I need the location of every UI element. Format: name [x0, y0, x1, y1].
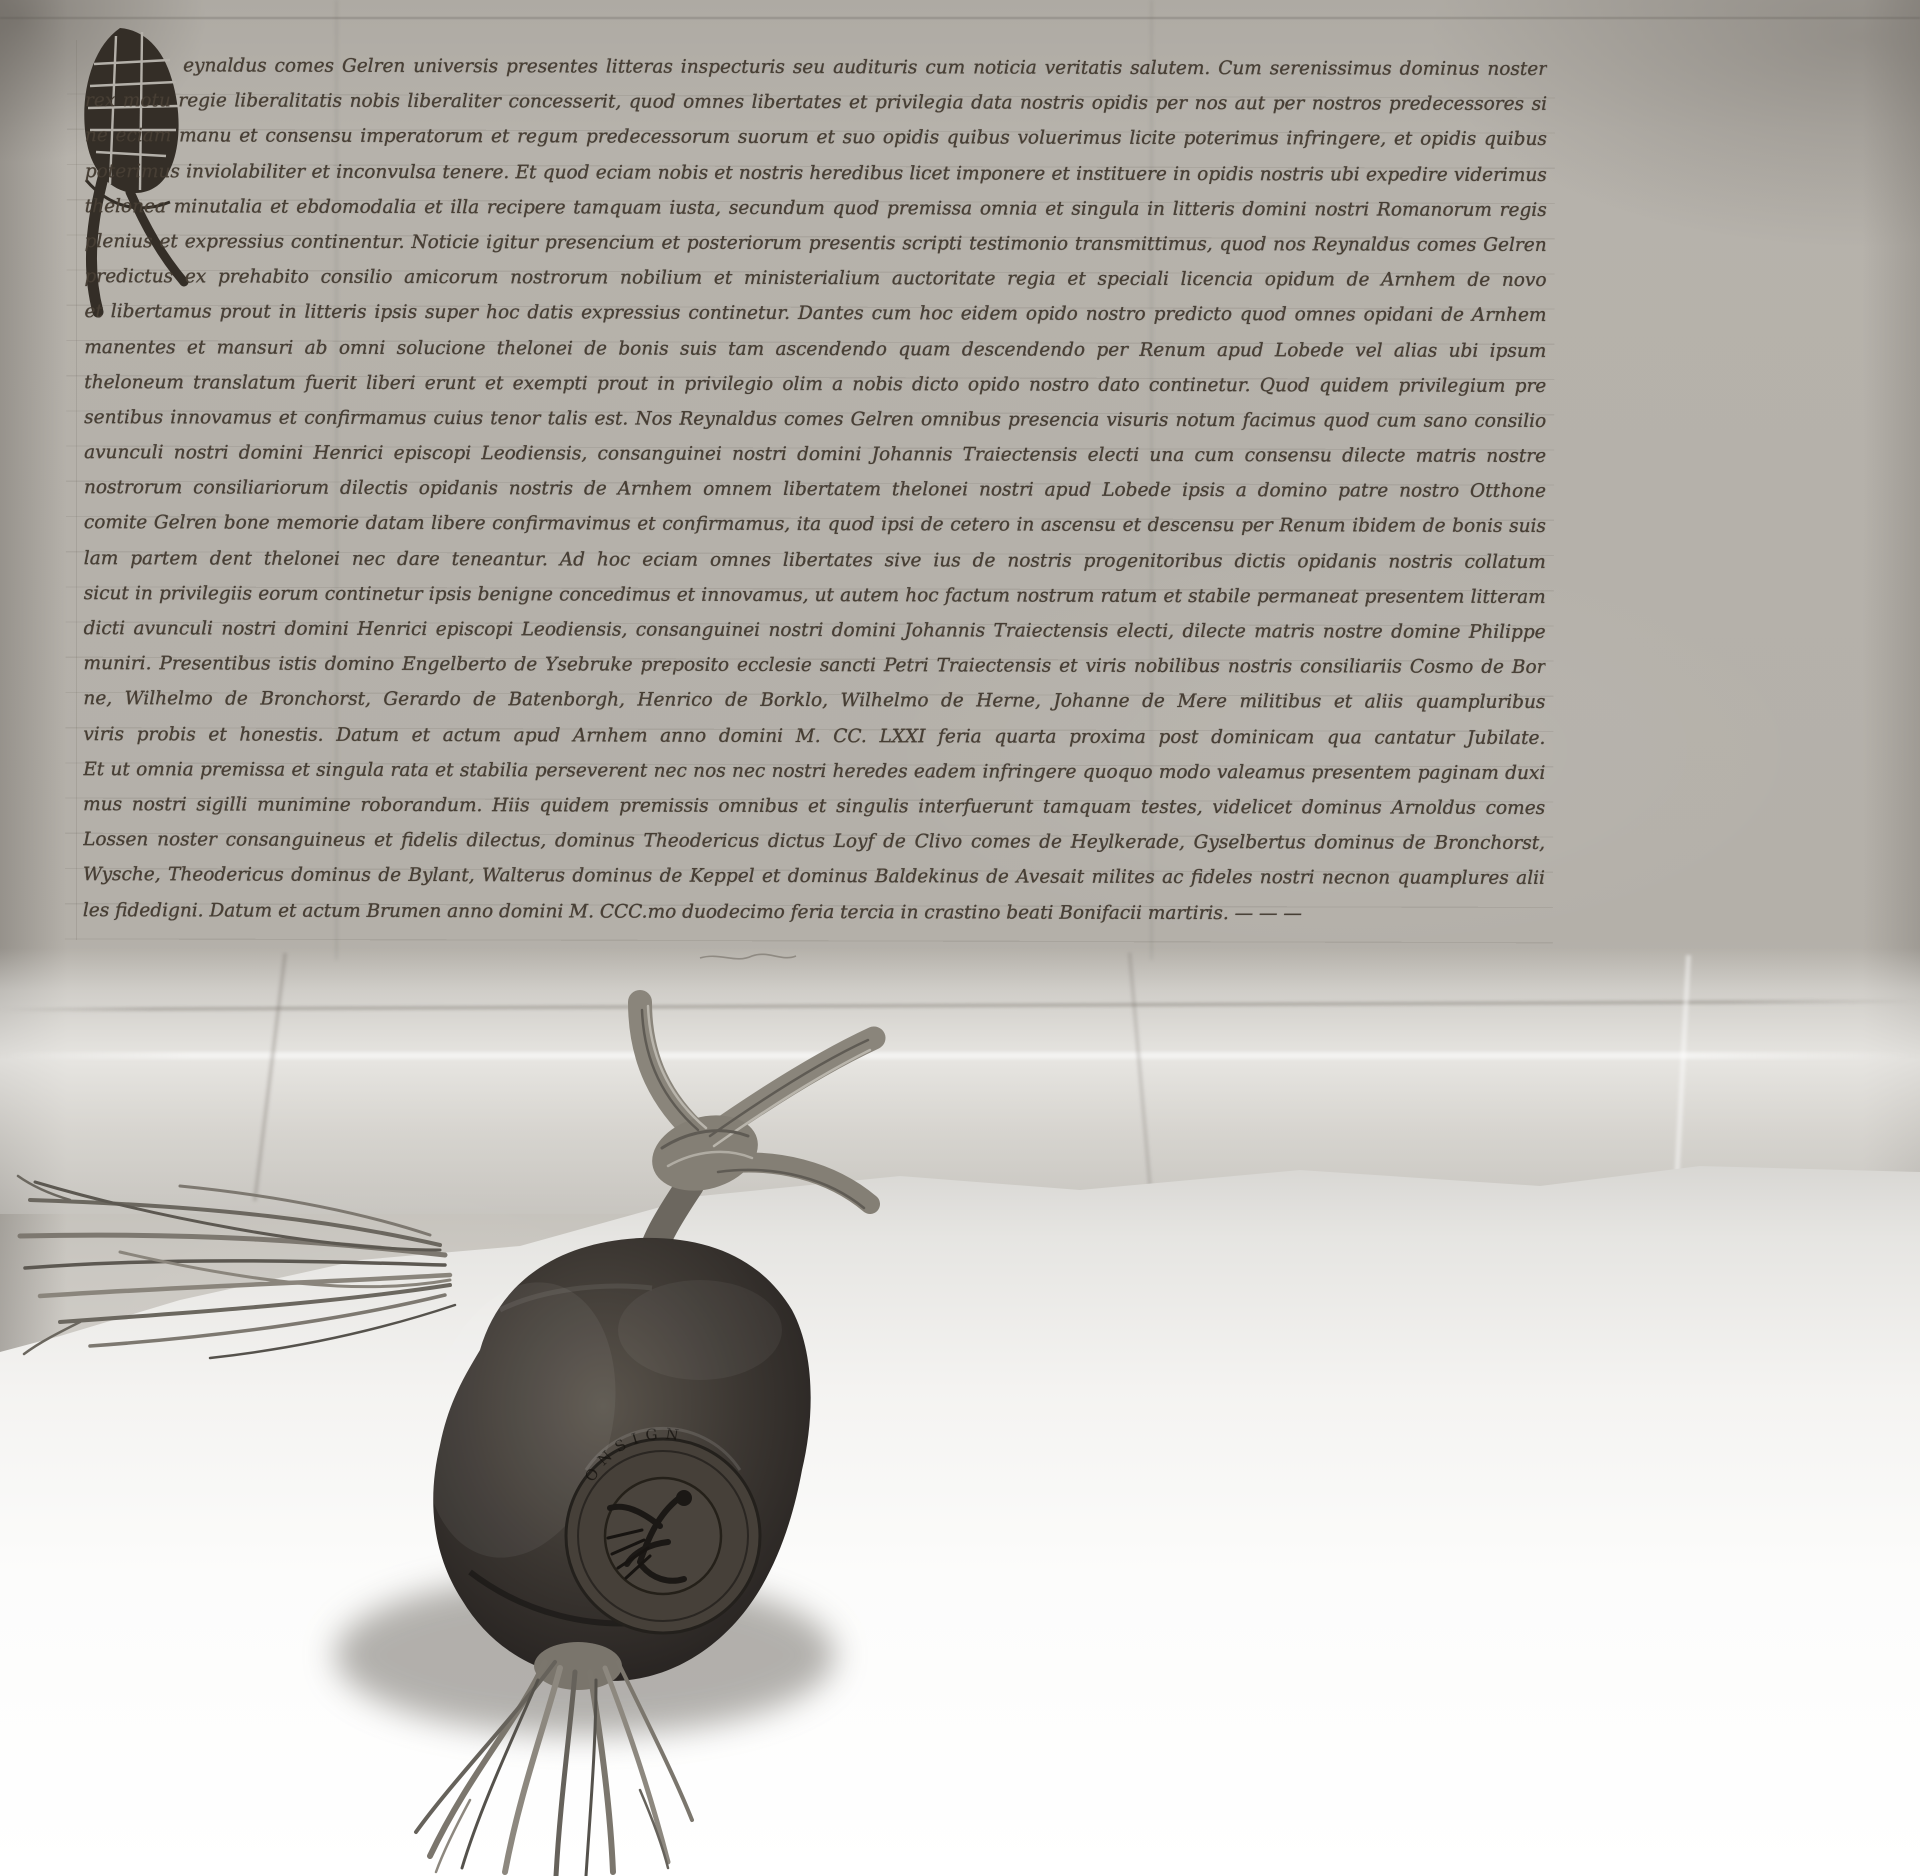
text-line-10: theloneum translatum fuerit liberi erunt… [84, 365, 1546, 404]
text-line-15: lam partem dent thelonei nec dare tenean… [84, 541, 1546, 580]
charter-photograph: R eynaldus comes Gelren universis presen… [0, 0, 1920, 1876]
text-line-16: sicut in privilegiis eorum continetur ip… [84, 576, 1546, 615]
text-line-3: ne eciam manu et consensu imperatorum et… [85, 118, 1547, 157]
text-line-8: et libertamus prout in litteris ipsis su… [84, 294, 1546, 333]
text-line-19: ne, Wilhelmo de Bronchorst, Gerardo de B… [83, 681, 1545, 720]
text-line-21: Et ut omnia premissa et singula rata et … [83, 752, 1545, 791]
text-line-14: comite Gelren bone memorie datam libere … [84, 506, 1546, 545]
text-line-17: dicti avunculi nostri domini Henrici epi… [84, 611, 1546, 650]
text-line-20: viris probis et honestis. Datum et actum… [83, 717, 1545, 756]
text-line-12: avunculi nostri domini Henrici episcopi … [84, 435, 1546, 474]
text-line-5: thelonea minutalia et ebdomodalia et ill… [85, 189, 1547, 228]
charter-text: eynaldus comes Gelren universis presente… [83, 48, 1547, 932]
text-line-7: predictus ex prehabito consilio amicorum… [85, 259, 1547, 298]
text-line-1: eynaldus comes Gelren universis presente… [85, 48, 1547, 87]
text-line-11: sentibus innovamus et confirmamus cuius … [84, 400, 1546, 439]
text-line-24: Wysche, Theodericus dominus de Bylant, W… [83, 857, 1545, 896]
wax-sheen [618, 1280, 782, 1380]
fold-inscription [700, 954, 796, 959]
seal-cords [640, 1002, 874, 1270]
text-line-18: muniri. Presentibus istis domino Engelbe… [83, 646, 1545, 685]
text-line-23: Lossen noster consanguineus et fidelis d… [83, 822, 1545, 861]
text-line-9: manentes et mansuri ab omni solucione th… [84, 330, 1546, 369]
text-line-4: poterimus inviolabiliter et inconvulsa t… [85, 154, 1547, 193]
text-line-13: nostrorum consiliariorum dilectis opidan… [84, 470, 1546, 509]
seal-assembly: ONSIGN [0, 950, 940, 1876]
text-line-25: les fidedigni. Datum et actum Brumen ann… [83, 893, 1545, 932]
text-line-6: plenius et expressius continentur. Notic… [85, 224, 1547, 263]
left-cord-tassel [18, 1176, 455, 1358]
parchment-top-edge [0, 17, 1920, 19]
text-line-2: rex motu regie liberalitatis nobis liber… [85, 83, 1547, 122]
text-line-22: mus nostri sigilli munimine roborandum. … [83, 787, 1545, 826]
